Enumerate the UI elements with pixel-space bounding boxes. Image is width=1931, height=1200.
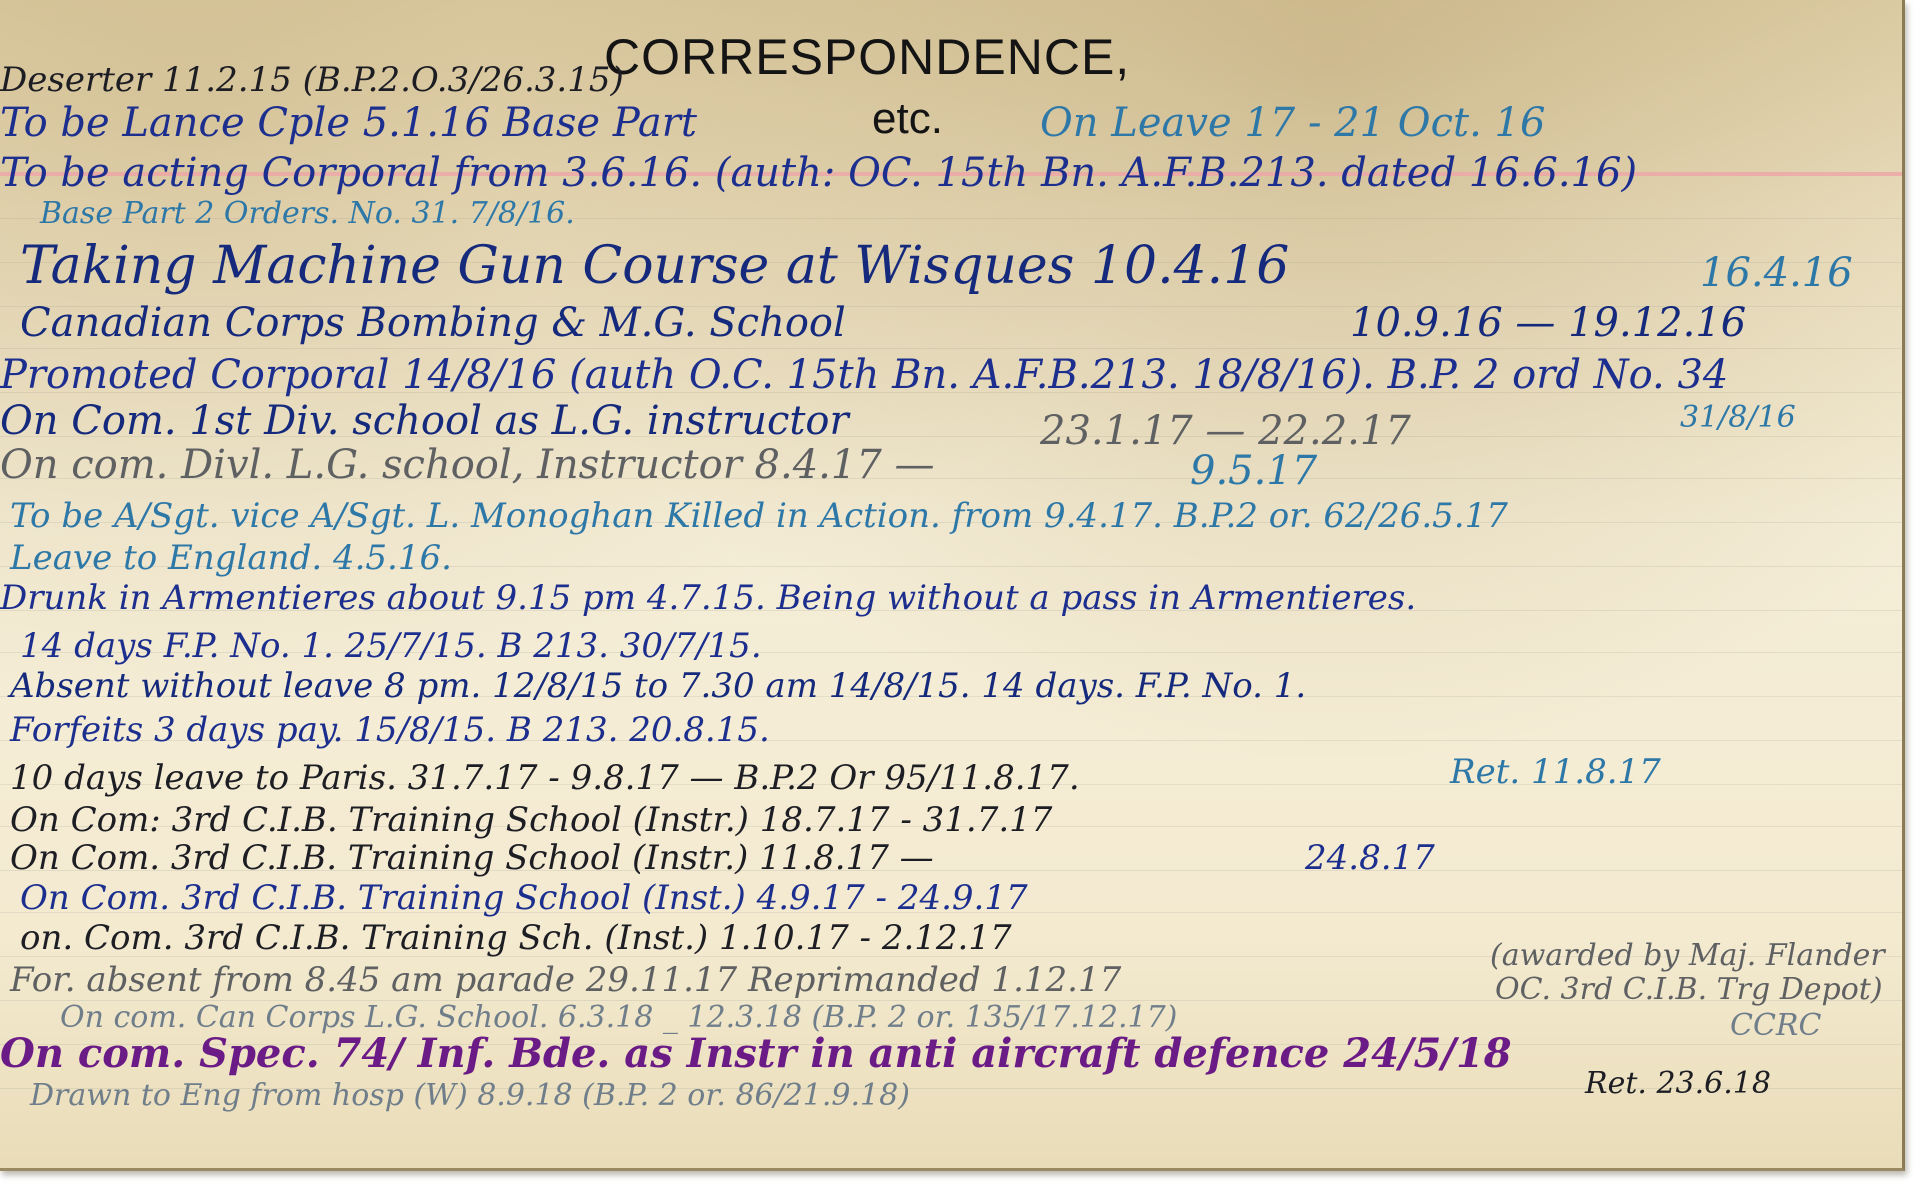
entry-mg-course-wisques: Taking Machine Gun Course at Wisques 10.… [20,236,1289,296]
entry-deserter: Deserter 11.2.15 (B.P.2.O.3/26.3.15) [0,60,624,100]
entry-mg-course-end: 16.4.16 [1700,250,1853,296]
entry-leave-paris: 10 days leave to Paris. 31.7.17 - 9.8.17… [10,758,1080,798]
entry-divl-lg-school-end: 9.5.17 [1190,448,1317,494]
entry-drunk-armentieres: Drunk in Armentieres about 9.15 pm 4.7.1… [0,578,1416,618]
entry-forfeits-pay: Forfeits 3 days pay. 15/8/15. B 213. 20.… [10,710,770,750]
entry-returned-paris: Ret. 11.8.17 [1450,752,1661,792]
entry-awarded-by: (awarded by Maj. Flander [1490,938,1885,973]
entry-promoted-corporal: Promoted Corporal 14/8/16 (auth O.C. 15t… [0,352,1728,398]
entry-leave-england: Leave to England. 4.5.16. [10,538,452,578]
entry-training-school-2-end: 24.8.17 [1305,838,1435,878]
entry-drawn-to-england: Drawn to Eng from hosp (W) 8.9.18 (B.P. … [30,1078,910,1113]
entry-anti-aircraft-instructor: On com. Spec. 74/ Inf. Bde. as Instr in … [0,1030,1512,1077]
ruled-line [0,348,1902,349]
entry-returned-june-18: Ret. 23.6.18 [1585,1066,1771,1101]
entry-bombing-school: Canadian Corps Bombing & M.G. School [20,300,846,346]
entry-ccrc-stamp: CCRC [1730,1008,1821,1043]
service-record-card: CORRESPONDENCE, etc. Deserter 11.2.15 (B… [0,0,1905,1171]
entry-base-part-orders: Base Part 2 Orders. No. 31. 7/8/16. [40,196,575,231]
entry-training-school-4: on. Com. 3rd C.I.B. Training Sch. (Inst.… [20,918,1012,958]
entry-divl-lg-school: On com. Divl. L.G. school, Instructor 8.… [0,442,935,488]
entry-training-school-2: On Com. 3rd C.I.B. Training School (Inst… [10,838,934,878]
entry-awarded-by-oc: OC. 3rd C.I.B. Trg Depot) [1495,972,1883,1007]
entry-acting-sergeant: To be A/Sgt. vice A/Sgt. L. Monoghan Kil… [10,496,1508,536]
entry-promoted-date: 31/8/16 [1680,400,1796,435]
entry-bombing-school-dates: 10.9.16 — 19.12.16 [1350,300,1746,346]
entry-div-school-instructor: On Com. 1st Div. school as L.G. instruct… [0,398,849,444]
entry-absent-without-leave: Absent without leave 8 pm. 12/8/15 to 7.… [10,666,1306,706]
entry-lance-cpl: To be Lance Cple 5.1.16 Base Part [0,100,697,146]
entry-training-school-3: On Com. 3rd C.I.B. Training School (Inst… [20,878,1028,918]
entry-absent-parade-reprimand: For. absent from 8.45 am parade 29.11.17… [10,960,1121,1000]
printed-heading: CORRESPONDENCE, [604,28,1130,86]
printed-etc: etc. [872,94,943,144]
entry-leave-oct-16: On Leave 17 - 21 Oct. 16 [1040,100,1545,146]
entry-training-school-1: On Com: 3rd C.I.B. Training School (Inst… [10,800,1052,840]
entry-acting-corporal: To be acting Corporal from 3.6.16. (auth… [0,150,1637,196]
entry-fp-no1-punishment: 14 days F.P. No. 1. 25/7/15. B 213. 30/7… [20,626,762,666]
